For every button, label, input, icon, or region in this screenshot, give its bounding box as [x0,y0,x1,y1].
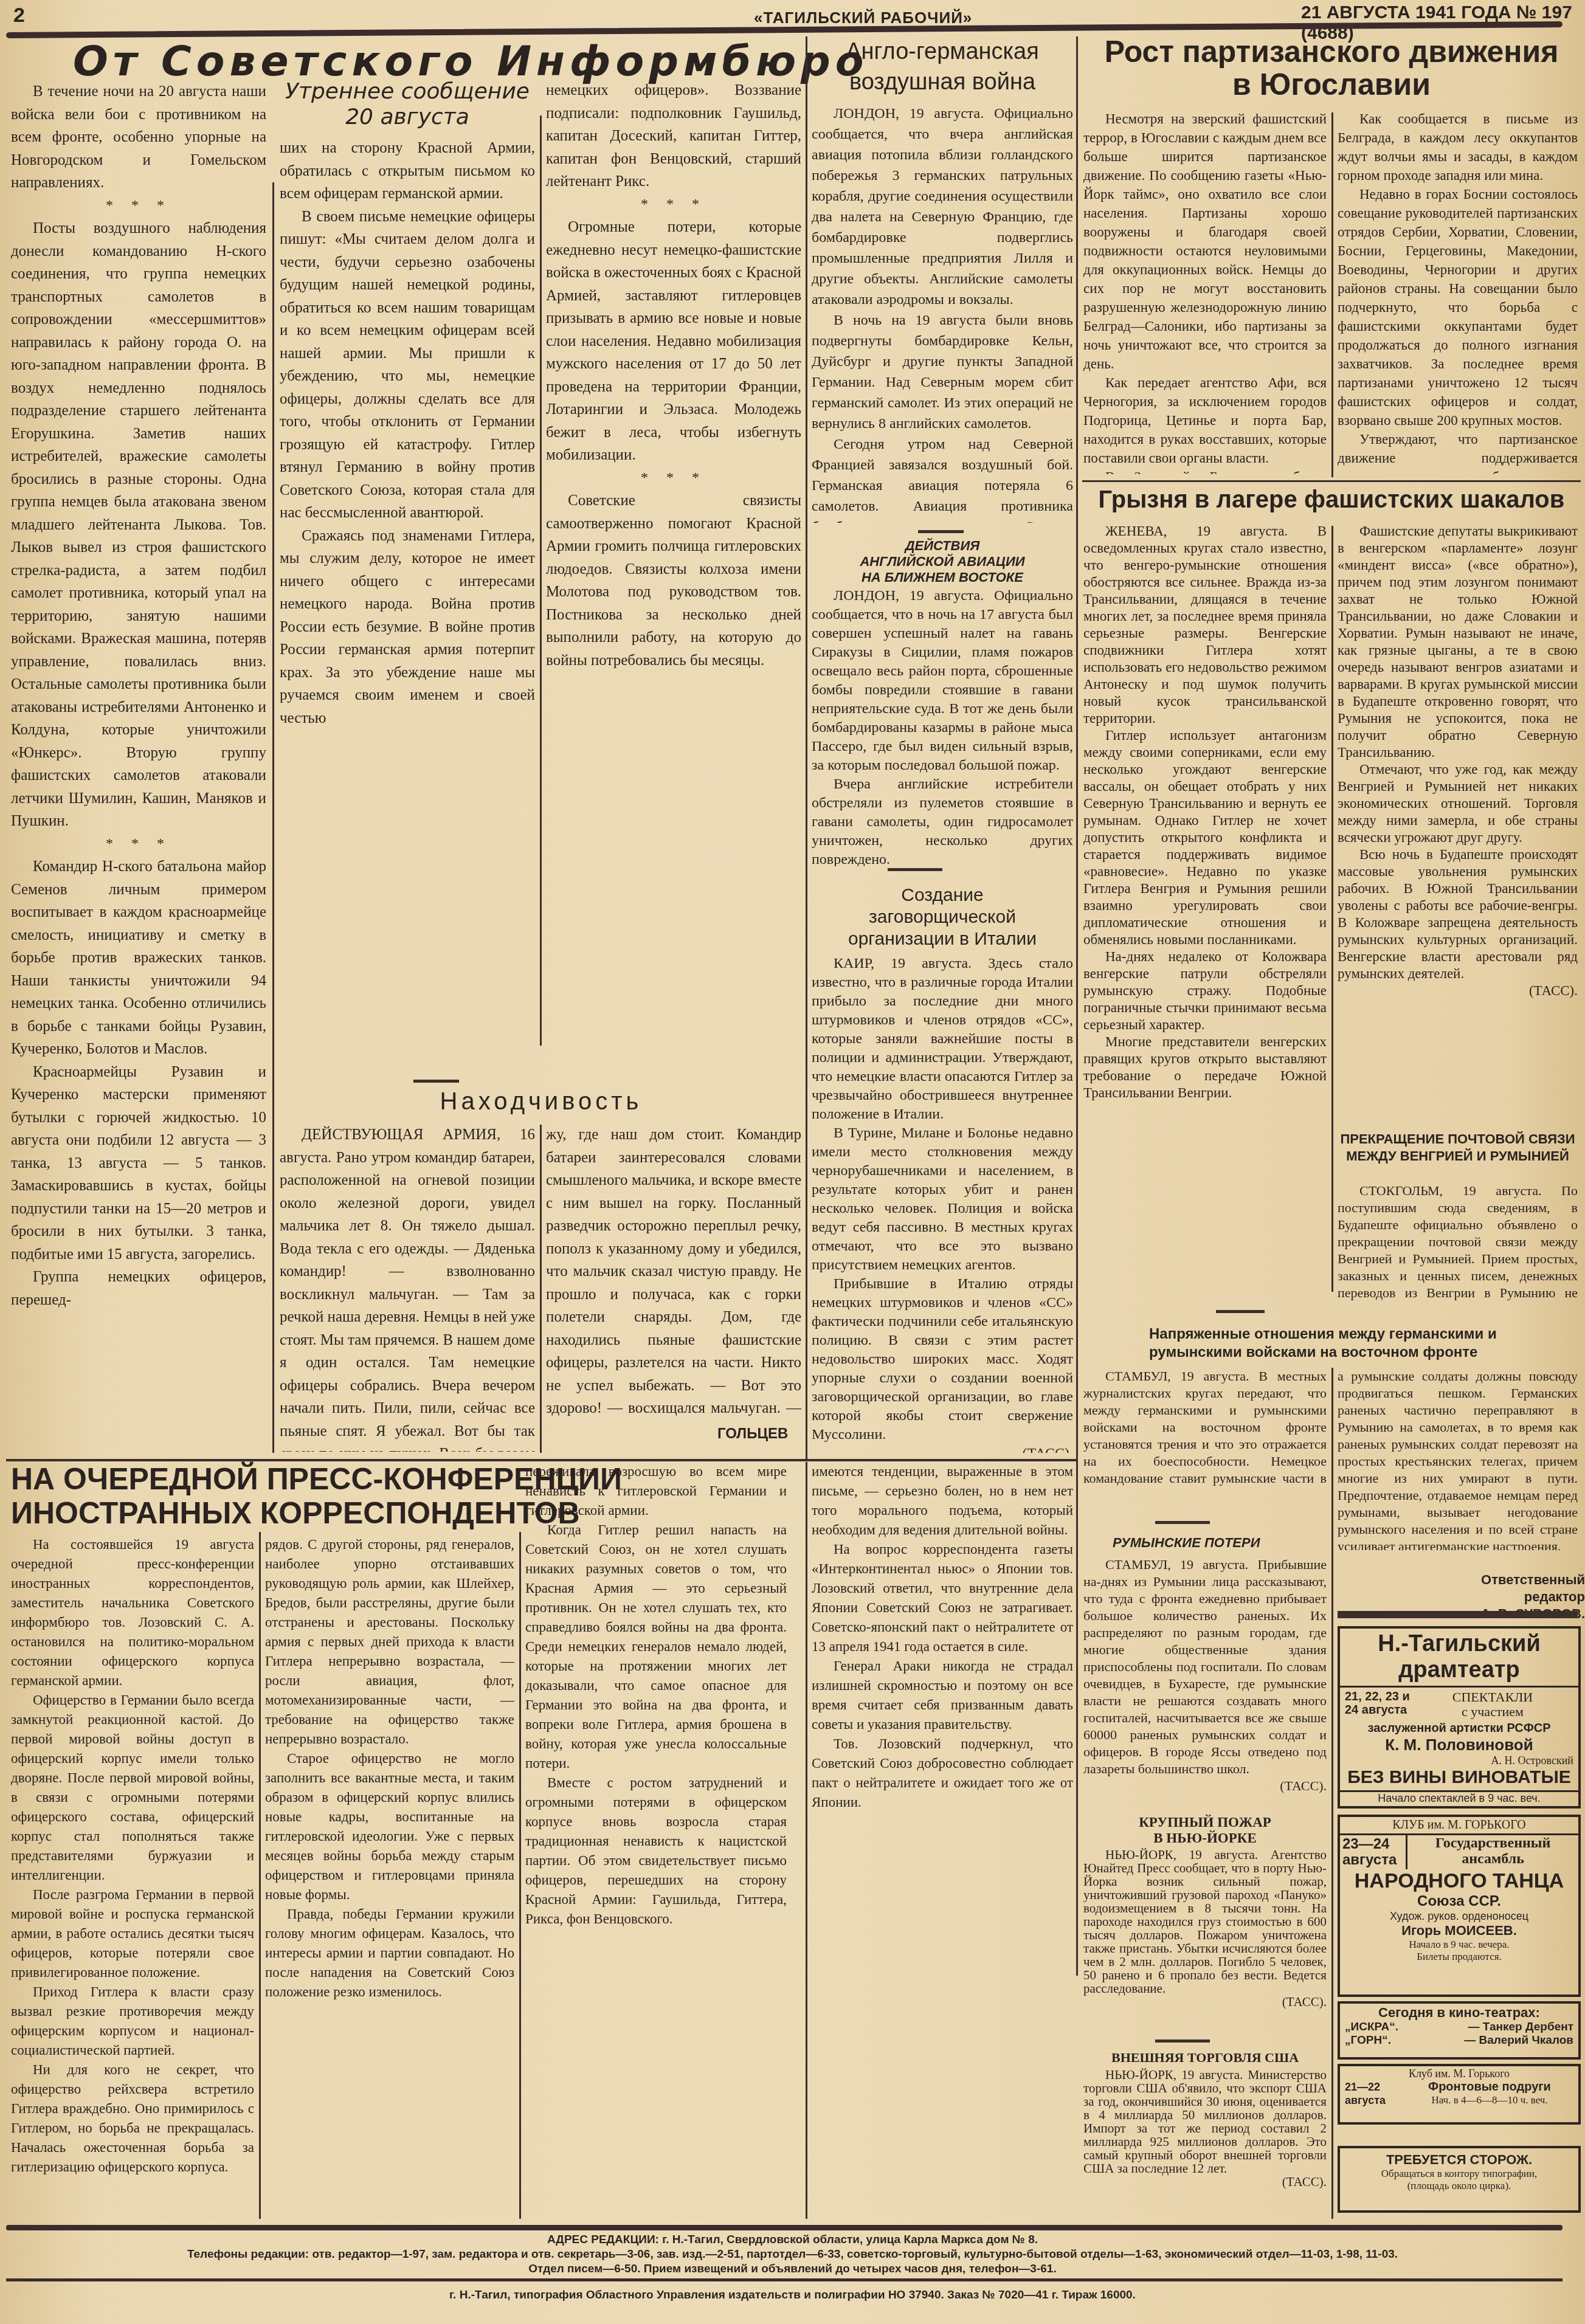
sovinform-col1: В течение ночи на 20 августа наши войска… [11,80,266,1454]
club-ad: КЛУБ им. М. ГОРЬКОГО 23—24 августа Госуд… [1338,1815,1581,1997]
watchman-ad: ТРЕБУЕТСЯ СТОРОЖ. Обращаться в контору т… [1338,2146,1581,2213]
aviation-body: ЛОНДОН, 19 августа. Официально сообщаетс… [812,587,1073,866]
ny-fire-title: КРУПНЫЙ ПОЖАР В НЬЮ-ЙОРКЕ [1083,1815,1327,1846]
aviation-title: ДЕЙСТВИЯ АНГЛИЙСКОЙ АВИАЦИИ НА БЛИЖНЕМ В… [812,538,1073,585]
press-conf-col3: переживала возросшую во всем мире ненави… [525,1462,787,2216]
footer-rule-2 [6,2278,1563,2281]
cinema-ad: Сегодня в кино-театрах: „ИСКРА“.— Танкер… [1338,2001,1581,2060]
tense-title: Напряженные отношения между германскими … [1149,1325,1575,1362]
press-conf-col4: имеются тенденции, выраженные в этом пис… [812,1462,1073,2216]
postal-title: ПРЕКРАЩЕНИЕ ПОЧТОВОЙ СВЯЗИ МЕЖДУ ВЕНГРИЕ… [1338,1131,1578,1165]
tense-col2: а румынские солдаты должны повсюду продв… [1338,1368,1578,1550]
nakhodchivost-title: Находчивость [280,1088,803,1115]
paper-name: «ТАГИЛЬСКИЙ РАБОЧИЙ» [754,9,972,27]
sovinform-subtitle: Утреннее сообщение 20 августа [280,79,535,130]
postal-body: СТОКГОЛЬМ, 19 августа. По поступившим сю… [1338,1182,1578,1304]
nakhodchivost-col1: ДЕЙСТВУЮЩАЯ АРМИЯ, 16 августа. Рано утро… [280,1123,535,1452]
italy-body: КАИР, 19 августа. Здесь стало известно, … [812,954,1073,1453]
anglo-german-body: ЛОНДОН, 19 августа. Официально сообщаетс… [812,103,1073,523]
ny-fire-body: НЬЮ-ЙОРК, 19 августа. Агентство Юнайтед … [1083,1848,1327,2036]
press-conf-col2: рядов. С другой стороны, ряд генералов, … [265,1535,514,2216]
page-number: 2 [13,4,25,27]
footer-rule [6,2225,1563,2230]
footer-info: АДРЕС РЕДАКЦИИ: г. Н.-Тагил, Свердловско… [0,2233,1585,2277]
jackals-col1: ЖЕНЕВА, 19 августа. В осведомленных круг… [1083,523,1327,1222]
club2-ad: Клуб им. М. Горького 21—22 августа Фронт… [1338,2064,1581,2125]
anglo-german-title: Англо-германская воздушная война [812,36,1073,97]
jackals-title: Грызня в лагере фашистских шакалов [1082,486,1581,514]
yugoslavia-col1: Несмотря на зверский фашистский террор, … [1083,109,1327,474]
nakhodchivost-author: ГОЛЬЦЕВ [717,1426,788,1443]
sovinform-col3: немецких офицеров». Воззвание подписали:… [546,79,801,1046]
italy-title: Создание заговорщической организации в И… [812,884,1073,950]
romanian-losses-body: СТАМБУЛ, 19 августа. Прибывшие на-днях и… [1083,1556,1327,1812]
newspaper-page: 2 «ТАГИЛЬСКИЙ РАБОЧИЙ» 21 АВГУСТА 1941 Г… [0,0,1585,2324]
sovinform-col2: ших на сторону Красной Армии, обратилась… [280,137,535,1043]
jackals-col2: Фашистские депутаты выкрикивают в венгер… [1338,523,1578,1131]
us-trade-body: НЬЮ-ЙОРК, 19 августа. Министерство торго… [1083,2068,1327,2214]
us-trade-title: ВНЕШНЯЯ ТОРГОВЛЯ США [1083,2050,1327,2066]
yugoslavia-col2: Как сообщается в письме из Белграда, в к… [1338,109,1578,474]
romanian-losses-title: РУМЫНСКИЕ ПОТЕРИ [1113,1535,1260,1551]
printer-info: г. Н.-Тагил, типография Областного Управ… [0,2289,1585,2302]
tense-col1: СТАМБУЛ, 19 августа. В местных журналист… [1083,1368,1327,1489]
theatre-ad: Н.-Тагильский драмтеатр 21, 22, 23 и 24 … [1338,1626,1581,1809]
yugoslavia-title: Рост партизанского движения в Югославии [1082,35,1581,101]
press-conf-col1: На состоявшейся 19 августа очередной пре… [11,1535,254,2216]
nakhodchivost-col2: жу, где наш дом стоит. Командир батареи … [546,1123,801,1421]
